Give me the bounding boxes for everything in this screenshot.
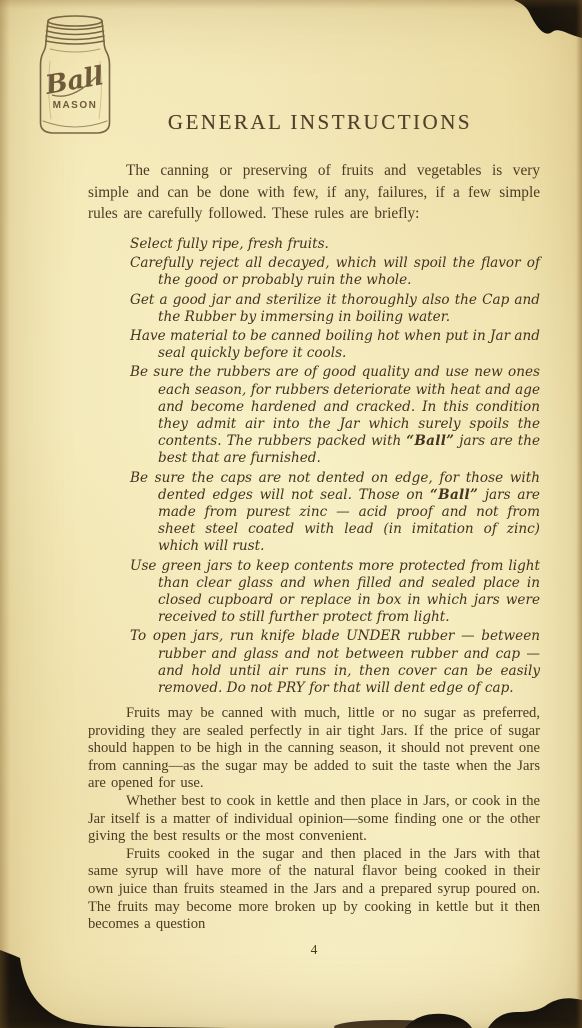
scan-smudge-bottom-center <box>334 1020 450 1028</box>
body-paragraphs: Fruits may be canned with much, little o… <box>88 705 540 934</box>
intro-paragraph: The canning or preserving of fruits and … <box>88 160 540 225</box>
rule-item: Select fully ripe, fresh fruits. <box>88 236 540 253</box>
page-number: 4 <box>88 942 540 958</box>
scanned-page: Ball MASON GENERAL INSTRUCTIONS The cann… <box>0 0 582 1028</box>
rule-item: Carefully reject all decayed, which will… <box>88 255 540 289</box>
body-paragraph: Fruits cooked in the sugar and then plac… <box>88 846 540 934</box>
scan-corner-bottom-right <box>488 998 582 1028</box>
rule-item: Be sure the caps are not dented on edge,… <box>88 470 540 556</box>
rule-item: Get a good jar and sterilize it thorough… <box>88 292 540 326</box>
page-title: GENERAL INSTRUCTIONS <box>0 110 582 135</box>
scan-blob-bottom-center <box>405 1014 472 1028</box>
rule-item: Use green jars to keep contents more pro… <box>88 558 540 627</box>
scan-corner-top-right <box>514 0 582 38</box>
body-paragraph: Whether best to cook in kettle and then … <box>88 793 540 846</box>
scan-corner-bottom-left <box>0 950 230 1028</box>
rule-item: Have material to be canned boiling hot w… <box>88 328 540 362</box>
rule-item: To open jars, run knife blade UNDER rubb… <box>88 628 540 697</box>
body-paragraph: Fruits may be canned with much, little o… <box>88 705 540 793</box>
rules-list: Select fully ripe, fresh fruits.Carefull… <box>88 236 540 699</box>
jar-brand-script: Ball <box>42 61 106 101</box>
rule-item: Be sure the rubbers are of good quality … <box>88 364 540 467</box>
